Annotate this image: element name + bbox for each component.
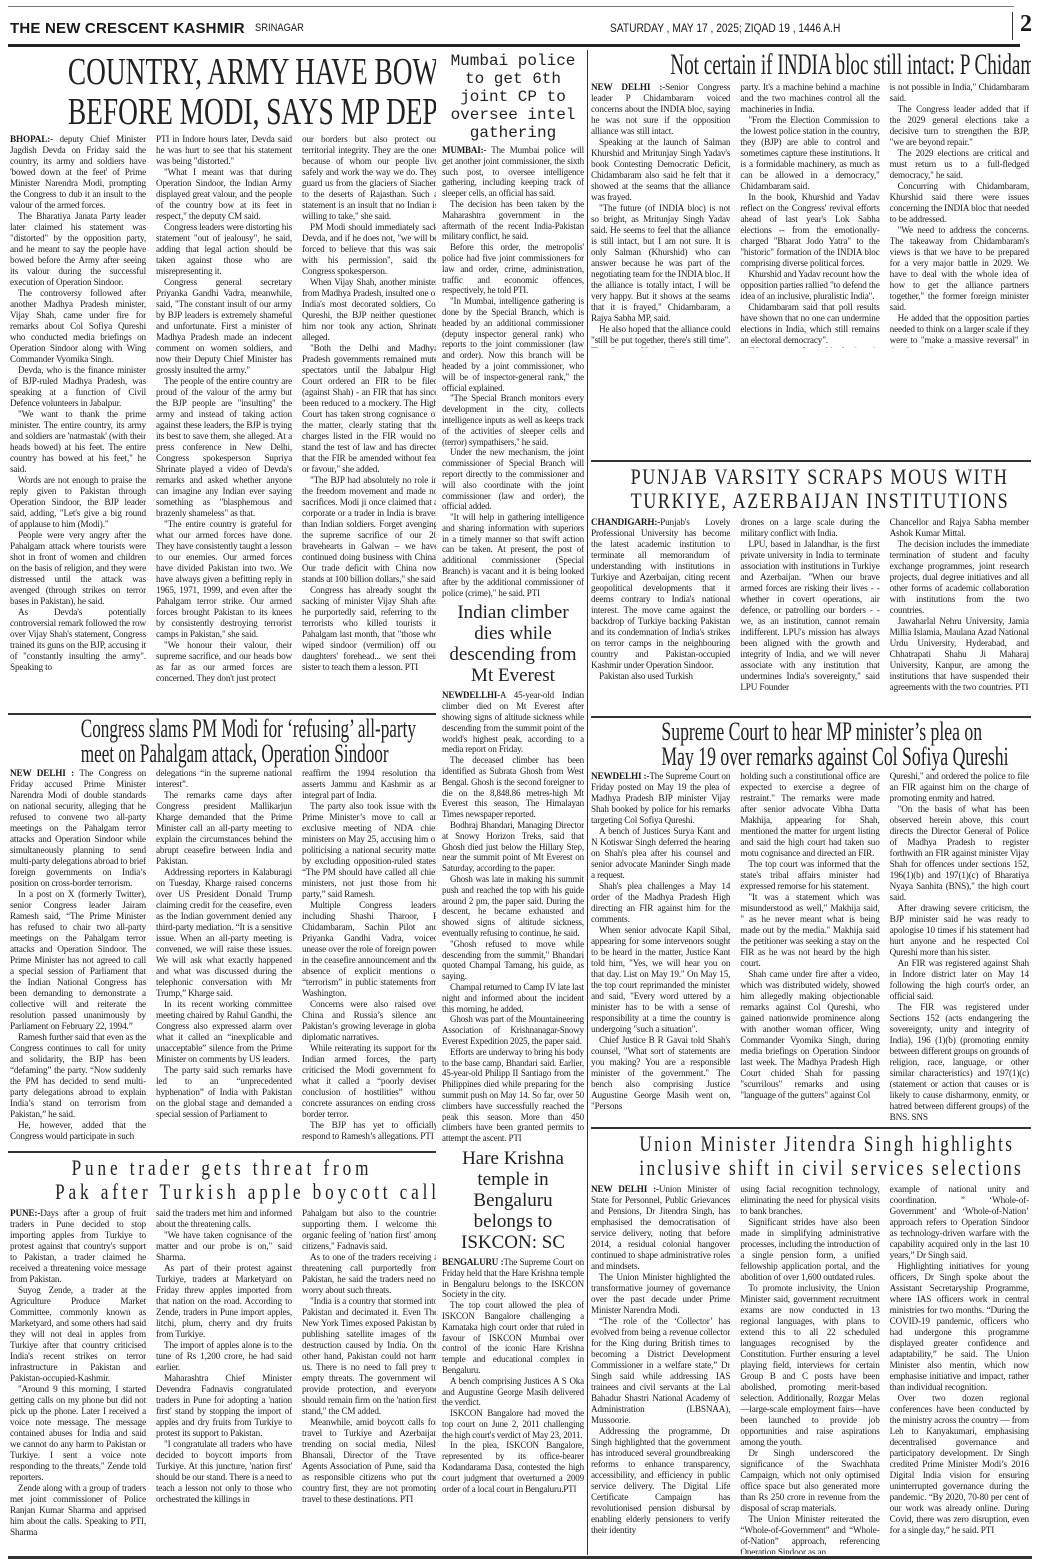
column-1: PUNE:-Days after a group of fruit trader…	[10, 1208, 146, 1550]
column-3: our borders but also protect our territo…	[302, 134, 436, 710]
article-chidambaram: Not certain if INDIA bloc still intact: …	[591, 50, 1031, 350]
section-rule	[8, 1151, 436, 1153]
section-rule	[591, 1127, 1031, 1129]
column-3: is not possible in India," Chidambaram s…	[890, 82, 1029, 348]
masthead-rule	[8, 44, 1020, 47]
masthead: THE NEW CRESCENT KASHMIR SRINAGAR SATURD…	[10, 16, 1020, 40]
article-body: NEWDELLHI-A 45-year-old Indian climber d…	[442, 690, 584, 1143]
article-everest: Indian climber dies while descending fro…	[442, 600, 584, 1143]
article-body: NEW DELHI :-Union Minister of State for …	[591, 1184, 1029, 1554]
article-body: NEW DELHI : The Congress on Friday accus…	[10, 768, 436, 1146]
headline: Indian climber dies while descending fro…	[442, 600, 584, 690]
article-body: PUNE:-Days after a group of fruit trader…	[10, 1208, 436, 1550]
column-3: Chancellor and Rajya Sabha member Ashok …	[890, 517, 1029, 713]
column-1: NEW DELHI : The Congress on Friday accus…	[10, 768, 146, 1146]
article-iskcon: Hare Krishna temple in Bengaluru belongs…	[442, 1146, 584, 1495]
headline: COUNTRY, ARMY HAVE BOWED DOWN BEFORE MOD…	[8, 52, 436, 132]
column-2: said the traders met him and informed ab…	[156, 1208, 292, 1550]
article-punjab-varsity: PUNJAB VARSITY SCRAPS MOUS WITH TURKIYE,…	[591, 463, 1031, 713]
newspaper-page: THE NEW CRESCENT KASHMIR SRINAGAR SATURD…	[0, 0, 1044, 1564]
column-1: CHANDIGARH:-Punjab's Lovely Professional…	[591, 517, 730, 713]
city-label: SRINAGAR	[255, 22, 304, 34]
page-number-divider	[1012, 12, 1013, 40]
column-2: delegations “in the supreme national int…	[156, 768, 292, 1146]
article-body: BHOPAL:- deputy Chief Minister Jagdish D…	[10, 134, 436, 710]
paper-name: THE NEW CRESCENT KASHMIR	[10, 20, 245, 37]
headline: Pune trader gets threat from Pak after T…	[8, 1156, 436, 1204]
article-jitendra-singh: Union Minister Jitendra Singh highlights…	[591, 1130, 1031, 1554]
headline: PUNJAB VARSITY SCRAPS MOUS WITH TURKIYE,…	[591, 465, 1031, 513]
column-1: NEWDELHI :-The Supreme Court on Friday p…	[591, 771, 730, 1121]
article-body: BENGALURU :The Supreme Court on Friday h…	[442, 1257, 584, 1495]
section-rule	[591, 460, 1031, 462]
column-divider-right	[587, 50, 588, 1555]
article-body: NEWDELHI :-The Supreme Court on Friday p…	[591, 771, 1029, 1121]
article-congress-slams: Congress slams PM Modi for ‘refusing’ al…	[8, 716, 436, 1150]
section-rule	[8, 713, 436, 715]
column-2: drones on a large scale during the milit…	[740, 517, 879, 713]
article-supreme-court: Supreme Court to hear MP minister’s plea…	[591, 719, 1031, 1124]
article-deputy-cm: COUNTRY, ARMY HAVE BOWED DOWN BEFORE MOD…	[8, 50, 436, 710]
column-2: holding such a constitutional office are…	[740, 771, 879, 1121]
middle-column: Mumbai police to get 6th joint CP to ove…	[442, 50, 584, 1555]
article-mumbai-police: Mumbai police to get 6th joint CP to ove…	[442, 50, 584, 598]
column-2: using facial recognition technology, eli…	[740, 1184, 879, 1554]
article-pune-trader: Pune trader gets threat from Pak after T…	[8, 1154, 436, 1554]
headline: Congress slams PM Modi for ‘refusing’ al…	[8, 716, 436, 766]
headline: Hare Krishna temple in Bengaluru belongs…	[442, 1146, 584, 1257]
article-body: MUMBAI:- The Mumbai police will get anot…	[442, 145, 584, 598]
headline: Mumbai police to get 6th joint CP to ove…	[442, 50, 584, 145]
headline: Union Minister Jitendra Singh highlights…	[591, 1132, 1031, 1180]
column-1: BHOPAL:- deputy Chief Minister Jagdish D…	[10, 134, 146, 710]
issue-date: SATURDAY , MAY 17 , 2025; ZIQAD 19 , 144…	[610, 21, 840, 35]
section-rule	[591, 716, 1031, 718]
column-2: PTI in Indore hours later, Devda said he…	[156, 134, 292, 710]
column-1: NEW DELHI :-Union Minister of State for …	[591, 1184, 730, 1554]
page-number: 2	[1020, 11, 1032, 38]
headline: Not certain if INDIA bloc still intact: …	[591, 50, 1031, 80]
column-3: Pahalgam but also to the countries suppo…	[302, 1208, 436, 1550]
headline: Supreme Court to hear MP minister’s plea…	[591, 719, 1031, 769]
column-2: party. It's a machine behind a machine a…	[740, 82, 879, 348]
bottom-rule	[8, 1556, 1032, 1559]
column-3: example of national unity and coordinati…	[890, 1184, 1029, 1554]
article-body: NEW DELHI :-Senior Congress leader P Chi…	[591, 82, 1029, 348]
top-rule	[8, 6, 1014, 7]
column-1: NEW DELHI :-Senior Congress leader P Chi…	[591, 82, 730, 348]
column-3: reaffirm the 1994 resolution that assert…	[302, 768, 436, 1146]
column-3: Qureshi," and ordered the police to file…	[890, 771, 1029, 1121]
article-body: CHANDIGARH:-Punjab's Lovely Professional…	[591, 517, 1029, 713]
